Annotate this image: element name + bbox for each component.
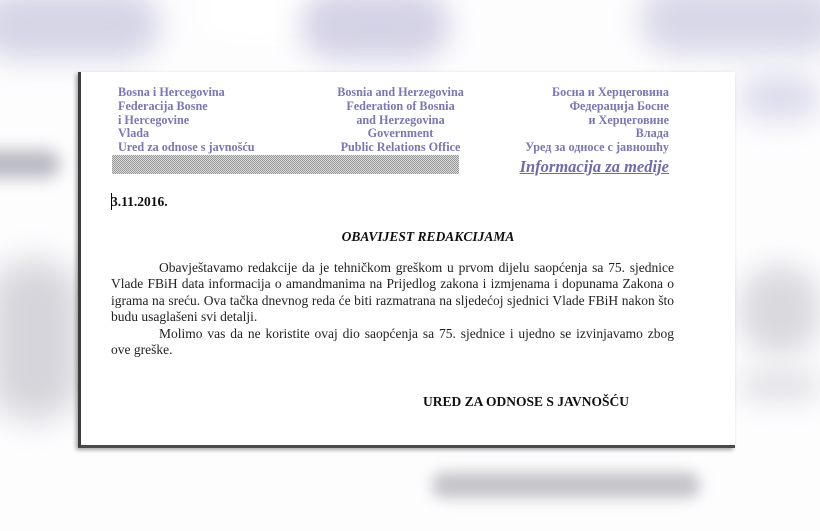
letterhead-line: i Hercegovine xyxy=(118,114,255,128)
letterhead-line: Босна и Херцеговина xyxy=(525,86,669,100)
letterhead-line: Федерација Босне xyxy=(525,100,669,114)
letterhead-cyrillic: Босна и Херцеговина Федерација Босне и Х… xyxy=(525,86,669,155)
background-blur xyxy=(0,260,80,420)
document-title: OBAVIJEST REDAKCIJAMA xyxy=(81,229,735,245)
letterhead-line: Уред за односе с јавношћу xyxy=(525,141,669,155)
body-paragraph: Obavještavamo redakcije da je tehničkom … xyxy=(111,260,674,326)
letterhead-line: Vlada xyxy=(118,127,255,141)
letterhead-line: Federation of Bosnia xyxy=(334,100,467,114)
background-blur xyxy=(0,150,60,178)
background-blur xyxy=(300,0,450,60)
letterhead-line: Влада xyxy=(525,127,669,141)
background-blur-text xyxy=(432,472,700,498)
document-page: Bosna i Hercegovina Federacija Bosne i H… xyxy=(78,72,735,448)
background-blur xyxy=(740,370,820,400)
signature: URED ZA ODNOSE S JAVNOŠĆU xyxy=(423,394,629,410)
media-info-heading: Informacija za medije xyxy=(520,157,669,177)
letterhead-line: and Herzegovina xyxy=(334,114,467,128)
letterhead-english: Bosnia and Herzegovina Federation of Bos… xyxy=(334,86,467,155)
body-paragraph: Molimo vas da ne koristite ovaj dio saop… xyxy=(111,326,674,359)
letterhead-line: и Херцеговине xyxy=(525,114,669,128)
letterhead-line: Bosnia and Herzegovina xyxy=(334,86,467,100)
background-blur xyxy=(0,0,160,60)
letterhead-line: Government xyxy=(334,127,467,141)
text-cursor xyxy=(111,193,112,210)
document-body: Obavještavamo redakcije da je tehničkom … xyxy=(111,260,674,358)
letterhead-bosnian: Bosna i Hercegovina Federacija Bosne i H… xyxy=(118,86,255,155)
letterhead-line: Ured za odnose s javnošću xyxy=(118,141,255,155)
letterhead-line: Public Relations Office xyxy=(334,141,467,155)
letterhead-line: Federacija Bosne xyxy=(118,100,255,114)
background-blur xyxy=(740,265,820,355)
hatched-divider-bar xyxy=(112,155,459,174)
background-blur xyxy=(640,0,820,55)
document-date: 3.11.2016. xyxy=(111,194,168,210)
background-blur xyxy=(740,75,820,120)
letterhead-line: Bosna i Hercegovina xyxy=(118,86,255,100)
